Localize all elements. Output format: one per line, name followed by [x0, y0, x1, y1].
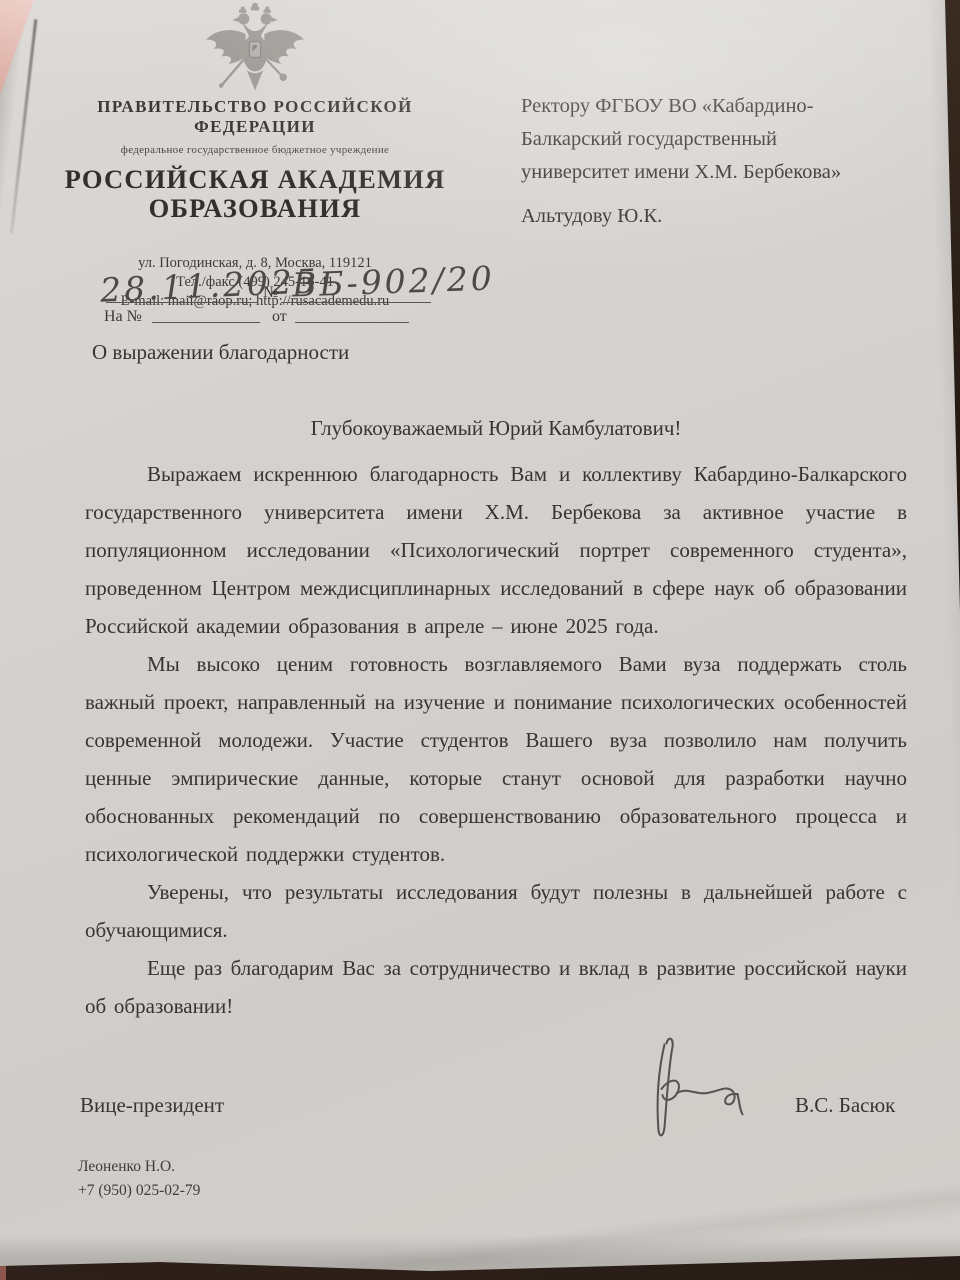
reply-date-underline — [295, 322, 409, 323]
organization-name-line1: РОССИЙСКАЯ АКАДЕМИЯ — [65, 164, 446, 194]
letter-body: Выражаем искреннюю благодарность Вам и к… — [85, 455, 907, 1025]
reply-number-underline — [152, 322, 260, 323]
paragraph-2: Мы высоко ценим готовность возглавляемог… — [85, 645, 907, 873]
signer-name: В.С. Басюк — [795, 1093, 895, 1118]
number-underline — [281, 302, 431, 303]
number-sign: № — [263, 284, 278, 302]
letter-page: ПРАВИТЕЛЬСТВО РОССИЙСКОЙ ФЕДЕРАЦИИ федер… — [0, 0, 960, 1280]
executor-name: Леоненко Н.О. — [78, 1155, 200, 1179]
photo-of-letter: ПРАВИТЕЛЬСТВО РОССИЙСКОЙ ФЕДЕРАЦИИ федер… — [0, 0, 960, 1280]
handwritten-outgoing-number: ВБ-902/20 — [291, 258, 495, 304]
executor-phone: +7 (950) 025-02-79 — [78, 1179, 200, 1203]
subject-line: О выражении благодарности — [92, 340, 349, 365]
reply-to-label: На № — [104, 308, 142, 326]
signer-title: Вице-президент — [80, 1093, 224, 1118]
paragraph-1: Выражаем искреннюю благодарность Вам и к… — [85, 455, 907, 645]
recipient-line2: Балкарский государственный — [521, 123, 933, 156]
coat-of-arms-icon — [197, 2, 313, 96]
executor-block: Леоненко Н.О. +7 (950) 025-02-79 — [78, 1155, 200, 1203]
date-underline — [106, 302, 258, 303]
paragraph-3: Уверены, что результаты исследования буд… — [85, 873, 907, 949]
recipient-line3: университет имени Х.М. Бербекова» — [521, 156, 933, 189]
recipient-block: Ректору ФГБОУ ВО «Кабардино- Балкарский … — [521, 90, 933, 233]
government-line: ПРАВИТЕЛЬСТВО РОССИЙСКОЙ ФЕДЕРАЦИИ — [38, 97, 472, 137]
institution-type-line: федеральное государственное бюджетное уч… — [38, 144, 472, 156]
reply-from-label: от — [272, 308, 287, 326]
salutation: Глубокоуважаемый Юрий Камбулатович! — [85, 416, 907, 441]
organization-name-line2: ОБРАЗОВАНИЯ — [149, 193, 362, 223]
recipient-name: Альтудову Ю.К. — [521, 200, 933, 233]
recipient-line1: Ректору ФГБОУ ВО «Кабардино- — [521, 90, 933, 123]
signature-icon — [628, 1030, 780, 1150]
paragraph-4: Еще раз благодарим Вас за сотрудничество… — [85, 949, 907, 1025]
organization-name: РОССИЙСКАЯ АКАДЕМИЯ ОБРАЗОВАНИЯ — [38, 165, 472, 223]
